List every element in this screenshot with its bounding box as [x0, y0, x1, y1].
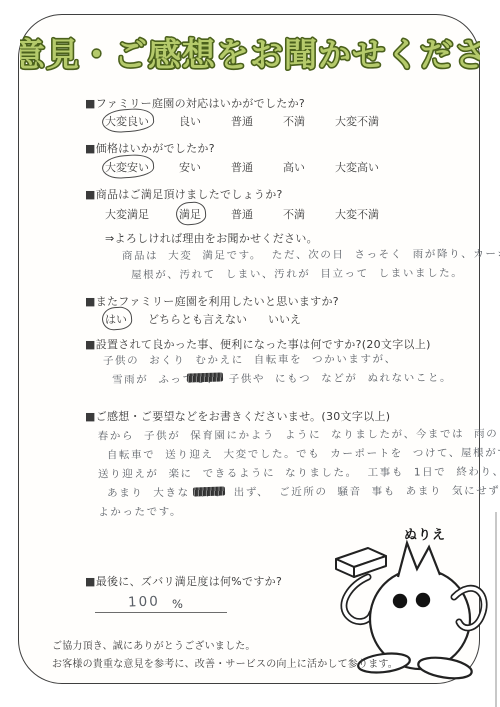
option-cheap: 安い [179, 159, 201, 175]
mascot-left-eye [393, 594, 407, 608]
handwritten-answer-comments: 春から 子供が 保育園にかよう ように なりましたが、今までは 雨の日は 自転車… [98, 425, 500, 523]
option-neither: どちらとも言えない [148, 311, 247, 327]
option-very-dissatisfied: 大変不満 [335, 113, 379, 129]
question-label-comments: ■ご感想・ご要望などをお書きくださいませ。(30文字以上) [85, 408, 390, 424]
footer-line-1: ご協力頂き、誠にありがとうございました。 [52, 638, 398, 656]
option-very-dissatisfied: 大変不満 [335, 206, 379, 222]
option-very-cheap: 大変安い [105, 159, 149, 175]
question-label-product-satisfaction: ■商品はご満足頂けましたでしょうか? [85, 186, 283, 202]
form-title-text: ご意見・ご感想をお聞かせください [20, 35, 480, 74]
options-row-price: 大変安い 安い 普通 高い 大変高い [105, 159, 379, 175]
handwritten-line: 雪雨が ふっても、 子供や にもつ などが ぬれないこと。 [103, 369, 452, 390]
handwritten-line: 商品は 大変 満足です。 ただ、次の日 さっそく 雨が降り、カーポートの [122, 245, 500, 267]
option-very-good: 大変良い [105, 113, 149, 129]
option-yes: はい [105, 311, 127, 327]
option-very-satisfied: 大変満足 [105, 206, 149, 222]
footer-line-2: お客様の貴重な意見を参考に、改善・サービスの向上に活かして参ります。 [52, 656, 398, 674]
mascot-label: ぬりえ [404, 527, 446, 543]
question-label-satisfaction-percent: ■最後に、ズバリ満足度は何%ですか? [85, 573, 282, 589]
option-expensive: 高い [283, 159, 305, 175]
crossed-out-scribble [193, 486, 225, 496]
mascot-hair-spikes [398, 543, 440, 577]
option-no: いいえ [268, 311, 301, 327]
option-normal: 普通 [231, 113, 253, 129]
question-label-price: ■価格はいかがでしたか? [85, 140, 215, 156]
footer-thanks: ご協力頂き、誠にありがとうございました。 お客様の貴重な意見を参考に、改善・サー… [52, 638, 398, 673]
handwritten-line: 子供の おくり むかえに 自転車を つかいますが、 [103, 350, 452, 371]
brick-icon [336, 548, 386, 577]
handwritten-line: 屋根が、汚れて しまい、汚れが 目立って しまいました。 [122, 264, 500, 286]
handwritten-answer-reason: 商品は 大変 満足です。 ただ、次の日 さっそく 雨が降り、カーポートの 屋根が… [122, 245, 500, 286]
handwritten-line: 送り迎えが 楽に できるように なりました。 工事も 1日で 終わり、 [98, 463, 500, 485]
followup-prompt-reason: ⇒よろしければ理由をお聞かせください。 [105, 230, 318, 246]
handwritten-line: 春から 子供が 保育園にかよう ように なりましたが、今までは 雨の日は [98, 425, 500, 447]
options-row-use-again: はい どちらとも言えない いいえ [105, 311, 301, 327]
form-title: ご意見・ご感想をお聞かせください [20, 24, 480, 82]
handwritten-line: 自転車で 送り迎え 大変でした。でも カーポートを つけて、屋根ができてからは [98, 444, 500, 466]
option-very-expensive: 大変高い [335, 159, 379, 175]
mascot-character: ぬりえ [328, 515, 488, 705]
options-row-staff-response: 大変良い 良い 普通 不満 大変不満 [105, 113, 379, 129]
crossed-out-scribble [187, 372, 223, 382]
handwritten-answer-benefits: 子供の おくり むかえに 自転車を つかいますが、 雪雨が ふっても、 子供や … [103, 350, 452, 390]
option-satisfied: 満足 [179, 206, 201, 222]
mascot-right-eye [416, 593, 430, 607]
question-label-use-again: ■またファミリー庭園を利用したいと思いますか? [85, 293, 339, 309]
option-normal: 普通 [231, 206, 253, 222]
percent-sign: % [172, 597, 183, 611]
handwritten-line: あまり 大きな 音も 出ず、 ご近所の 騒音 事も あまり 気にせず いられて [98, 482, 500, 504]
option-dissatisfied: 不満 [283, 113, 305, 129]
option-normal: 普通 [231, 159, 253, 175]
option-good: 良い [179, 113, 201, 129]
scan-artifact-line [495, 512, 497, 707]
options-row-product-satisfaction: 大変満足 満足 普通 不満 大変不満 [105, 206, 379, 222]
handwritten-satisfaction-value: 100 [128, 593, 160, 610]
option-dissatisfied: 不満 [283, 206, 305, 222]
answer-underline [95, 612, 227, 613]
question-label-staff-response: ■ファミリー庭園の対応はいかがでしたか? [85, 95, 305, 111]
mascot-right-foot [417, 654, 473, 681]
